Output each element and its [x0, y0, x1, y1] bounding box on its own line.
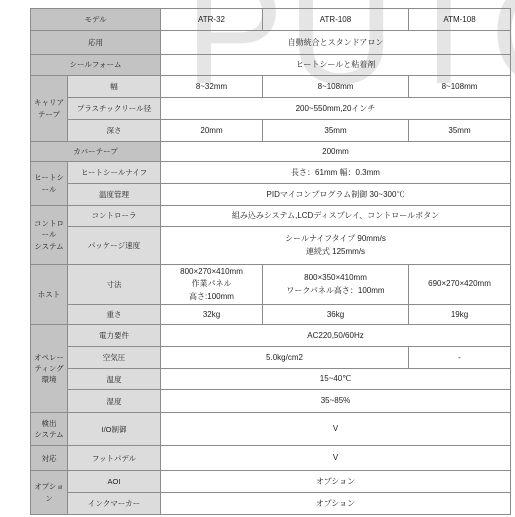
row-humidity: 湿度 35~85% [31, 390, 511, 413]
air-pressure-value: 5.0kg/cm2 [161, 347, 409, 369]
air-pressure-label: 空気圧 [68, 347, 161, 369]
carrier-width-atr32: 8~32mm [161, 76, 263, 98]
carrier-width-label: 幅 [68, 76, 161, 98]
group-detection-system: 検出 システム [31, 413, 68, 446]
weight-atm108: 19kg [409, 305, 511, 325]
spec-table: モデル ATR-32 ATR-108 ATM-108 応用 自動統合とスタンドア… [30, 8, 511, 515]
heatseal-temp-value: PIDマイコンプログラム制御 30~300℃ [161, 184, 511, 206]
row-carrier-depth: 深さ 20mm 35mm 35mm [31, 120, 511, 142]
io-control-label: I/O制御 [68, 413, 161, 446]
controller-label: コントローラ [68, 206, 161, 227]
package-speed-line2: 連続式 125mm/s [163, 246, 508, 258]
group-heat-seal: ヒートシール [31, 162, 68, 206]
carrier-width-atm108: 8~108mm [409, 76, 511, 98]
group-operating-env: オペレーティング 環境 [31, 325, 68, 413]
dimensions-atr32: 800×270×410mm 作業パネル 高さ:100mm [161, 265, 263, 305]
dimensions-atr108-line1: 800×350×410mm [265, 272, 406, 284]
carrier-reel-label: プラスチックリール径 [68, 98, 161, 120]
row-weight: 重さ 32kg 36kg 19kg [31, 305, 511, 325]
model-header-label: モデル [31, 9, 161, 31]
group-control-system: コントロール システム [31, 206, 68, 265]
cell-model-atr32: ATR-32 [161, 9, 263, 31]
heatseal-knife-value: 長さ：61mm 幅：0.3mm [161, 162, 511, 184]
cover-tape-value: 200mm [161, 142, 511, 162]
heatseal-knife-label: ヒートシールナイフ [68, 162, 161, 184]
row-power: オペレーティング 環境 電力要件 AC220,50/60Hz [31, 325, 511, 347]
row-io-control: 検出 システム I/O制御 V [31, 413, 511, 446]
package-speed-value: シールナイフタイプ 90mm/s 連続式 125mm/s [161, 227, 511, 265]
row-carrier-width: キャリアテープ 幅 8~32mm 8~108mm 8~108mm [31, 76, 511, 98]
dimensions-atr108: 800×350×410mm ワークパネル高さ：100mm [263, 265, 409, 305]
seal-form-value: ヒートシールと粘着剤 [161, 55, 511, 76]
aoi-label: AOI [68, 471, 161, 493]
dimensions-atr108-line2: ワークパネル高さ：100mm [265, 285, 406, 297]
heatseal-temp-label: 温度管理 [68, 184, 161, 206]
group-host: ホスト [31, 265, 68, 325]
carrier-depth-atr32: 20mm [161, 120, 263, 142]
foot-pedal-label: フットパデル [68, 446, 161, 471]
group-carrier-tape: キャリアテープ [31, 76, 68, 142]
humidity-label: 湿度 [68, 390, 161, 413]
application-value: 自動統合とスタンドアロン [161, 31, 511, 55]
row-heatseal-knife: ヒートシール ヒートシールナイフ 長さ：61mm 幅：0.3mm [31, 162, 511, 184]
dimensions-atr32-line1: 800×270×410mm [163, 266, 260, 278]
row-air-pressure: 空気圧 5.0kg/cm2 - [31, 347, 511, 369]
carrier-depth-atr108: 35mm [263, 120, 409, 142]
package-speed-line1: シールナイフタイプ 90mm/s [163, 233, 508, 245]
dimensions-label: 寸法 [68, 265, 161, 305]
cell-model-atm108: ATM-108 [409, 9, 511, 31]
temperature-label: 温度 [68, 369, 161, 390]
row-cover-tape: カバーテープ 200mm [31, 142, 511, 162]
weight-atr32: 32kg [161, 305, 263, 325]
cell-model-atr108: ATR-108 [263, 9, 409, 31]
row-seal-form: シールフォーム ヒートシールと粘着剤 [31, 55, 511, 76]
controller-value: 組み込みシステム,LCDディスプレイ、コントロールボタン [161, 206, 511, 227]
row-ink-marker: インクマーカー オプション [31, 493, 511, 515]
foot-pedal-value: V [161, 446, 511, 471]
aoi-value: オプション [161, 471, 511, 493]
application-label: 応用 [31, 31, 161, 55]
row-application: 応用 自動統合とスタンドアロン [31, 31, 511, 55]
row-temperature: 温度 15~40℃ [31, 369, 511, 390]
row-dimensions: ホスト 寸法 800×270×410mm 作業パネル 高さ:100mm 800×… [31, 265, 511, 305]
row-controller: コントロール システム コントローラ 組み込みシステム,LCDディスプレイ、コン… [31, 206, 511, 227]
row-heatseal-temp: 温度管理 PIDマイコンプログラム制御 30~300℃ [31, 184, 511, 206]
carrier-depth-atm108: 35mm [409, 120, 511, 142]
weight-atr108: 36kg [263, 305, 409, 325]
group-support: 対応 [31, 446, 68, 471]
dimensions-atr32-line2: 作業パネル [163, 278, 260, 290]
row-model: モデル ATR-32 ATR-108 ATM-108 [31, 9, 511, 31]
spec-sheet-page: PUTOI モデル ATR-32 ATR-108 ATM-108 応用 自動統合… [0, 0, 515, 517]
dimensions-atm108-line1: 690×270×420mm [411, 278, 508, 290]
ink-marker-label: インクマーカー [68, 493, 161, 515]
row-carrier-reel: プラスチックリール径 200~550mm,20インチ [31, 98, 511, 120]
weight-label: 重さ [68, 305, 161, 325]
air-pressure-atm108: - [409, 347, 511, 369]
row-aoi: オプション AOI オプション [31, 471, 511, 493]
row-foot-pedal: 対応 フットパデル V [31, 446, 511, 471]
seal-form-label: シールフォーム [31, 55, 161, 76]
power-value: AC220,50/60Hz [161, 325, 511, 347]
carrier-width-atr108: 8~108mm [263, 76, 409, 98]
temperature-value: 15~40℃ [161, 369, 511, 390]
cover-tape-label: カバーテープ [31, 142, 161, 162]
humidity-value: 35~85% [161, 390, 511, 413]
carrier-reel-value: 200~550mm,20インチ [161, 98, 511, 120]
io-control-value: V [161, 413, 511, 446]
group-options: オプション [31, 471, 68, 515]
dimensions-atm108: 690×270×420mm [409, 265, 511, 305]
dimensions-atr32-line3: 高さ:100mm [163, 291, 260, 303]
power-label: 電力要件 [68, 325, 161, 347]
row-package-speed: パッケージ速度 シールナイフタイプ 90mm/s 連続式 125mm/s [31, 227, 511, 265]
carrier-depth-label: 深さ [68, 120, 161, 142]
ink-marker-value: オプション [161, 493, 511, 515]
package-speed-label: パッケージ速度 [68, 227, 161, 265]
